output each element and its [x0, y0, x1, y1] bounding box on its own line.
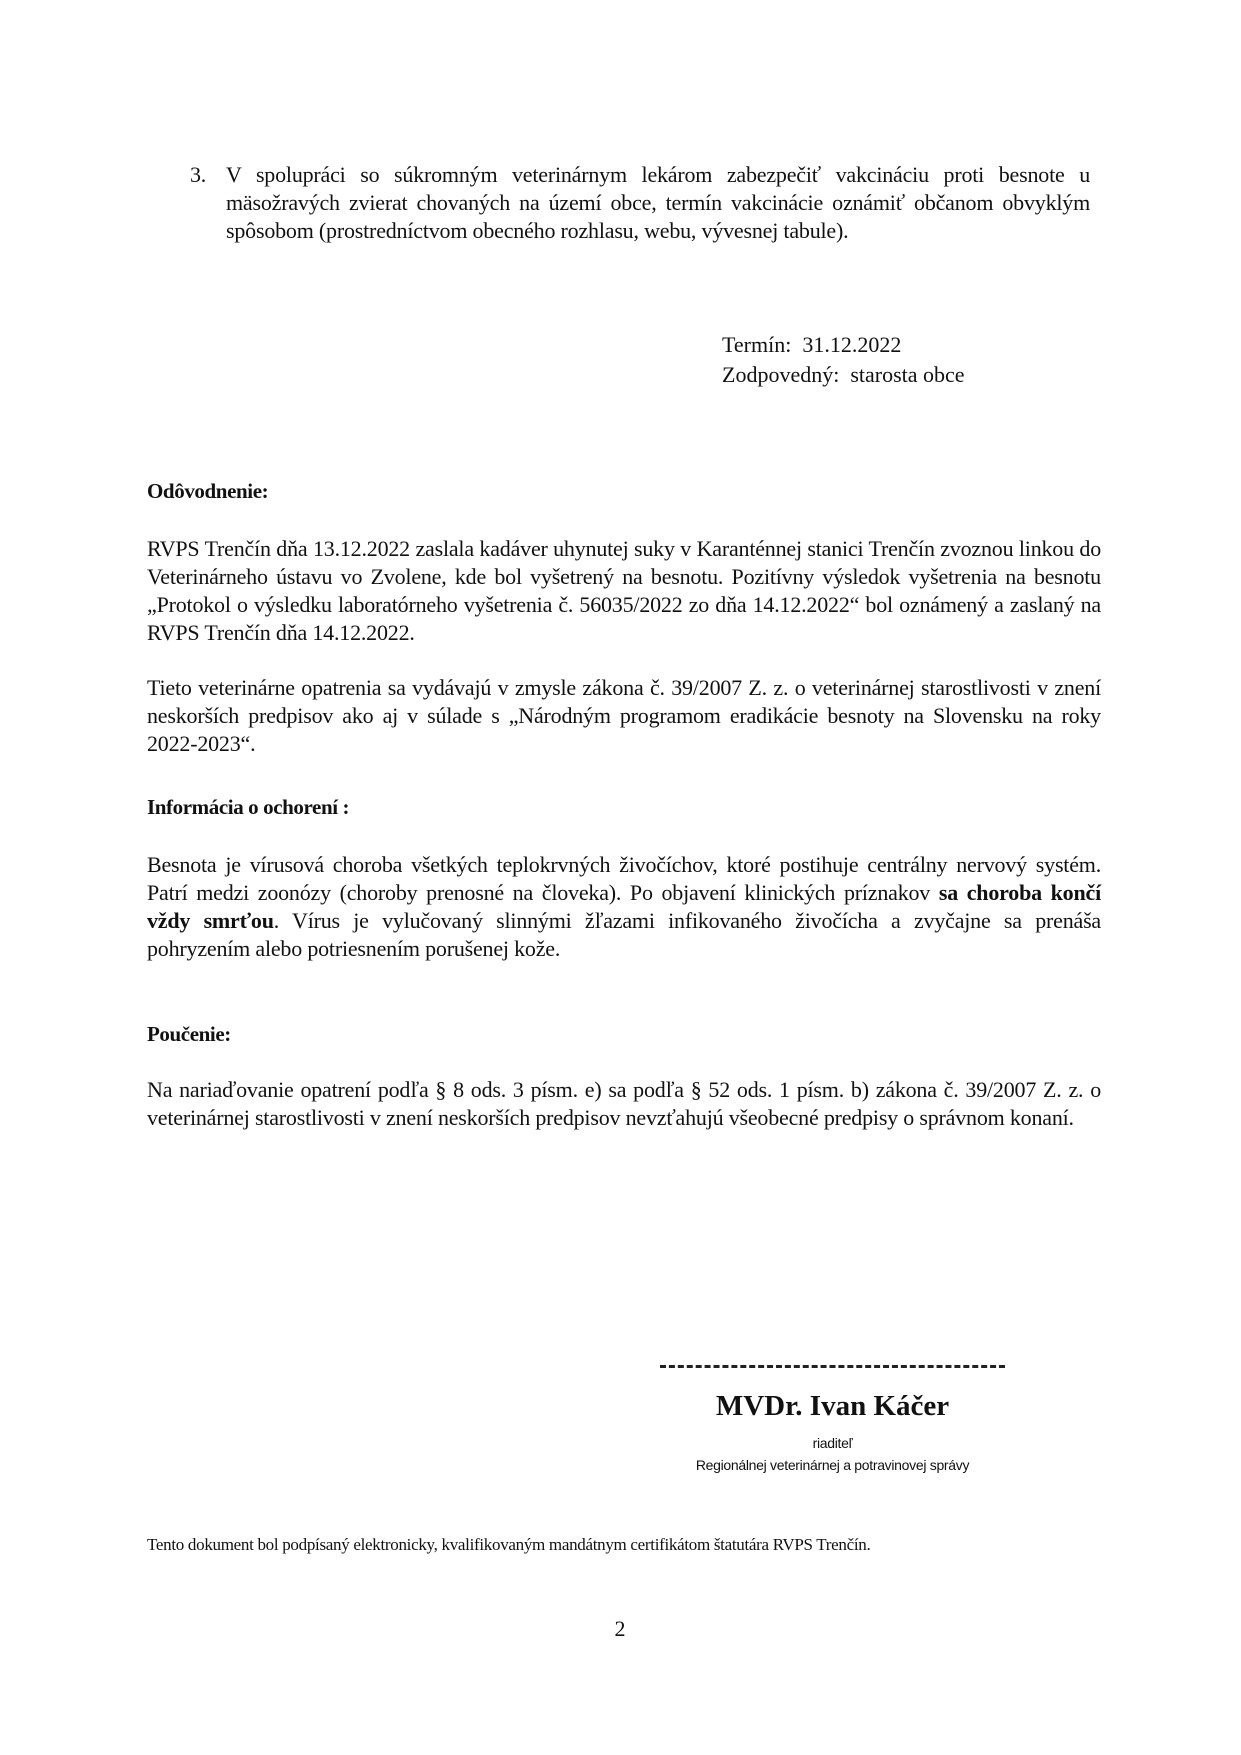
- page-number: 2: [600, 1616, 640, 1642]
- list-item-number: 3.: [190, 161, 226, 245]
- justification-heading: Odôvodnenie:: [147, 477, 268, 505]
- electronic-signature-note: Tento dokument bol podpísaný elektronick…: [147, 1534, 1097, 1556]
- deadline-block: Termín: 31.12.2022 Zodpovedný: starosta …: [722, 330, 965, 390]
- signature-line: [660, 1365, 1005, 1368]
- signatory-name: MVDr. Ivan Káčer: [660, 1388, 1005, 1424]
- responsible-value: starosta obce: [850, 362, 964, 387]
- list-item-text: V spolupráci so súkromným veterinárnym l…: [226, 161, 1090, 245]
- numbered-list-item: 3. V spolupráci so súkromným veterinárny…: [190, 161, 1090, 245]
- disease-info-text-end: . Vírus je vylučovaný slinnými žľazami i…: [147, 908, 1101, 961]
- justification-paragraph-2: Tieto veterinárne opatrenia sa vydávajú …: [147, 674, 1101, 758]
- signatory-organization: Regionálnej veterinárnej a potravinovej …: [640, 1454, 1025, 1476]
- responsible-row: Zodpovedný: starosta obce: [722, 360, 965, 390]
- disease-info-paragraph: Besnota je vírusová choroba všetkých tep…: [147, 851, 1101, 963]
- responsible-label: Zodpovedný:: [722, 362, 839, 387]
- instruction-paragraph: Na nariaďovanie opatrení podľa § 8 ods. …: [147, 1076, 1101, 1132]
- term-value: 31.12.2022: [802, 332, 901, 357]
- instruction-heading: Poučenie:: [147, 1020, 231, 1048]
- signatory-role: riaditeľ Regionálnej veterinárnej a potr…: [640, 1432, 1025, 1476]
- term-row: Termín: 31.12.2022: [722, 330, 965, 360]
- signatory-title: riaditeľ: [640, 1432, 1025, 1454]
- document-page: 3. V spolupráci so súkromným veterinárny…: [0, 0, 1241, 1755]
- term-label: Termín:: [722, 332, 791, 357]
- justification-paragraph-1: RVPS Trenčín dňa 13.12.2022 zaslala kadá…: [147, 535, 1101, 647]
- disease-info-heading: Informácia o ochorení :: [147, 793, 349, 821]
